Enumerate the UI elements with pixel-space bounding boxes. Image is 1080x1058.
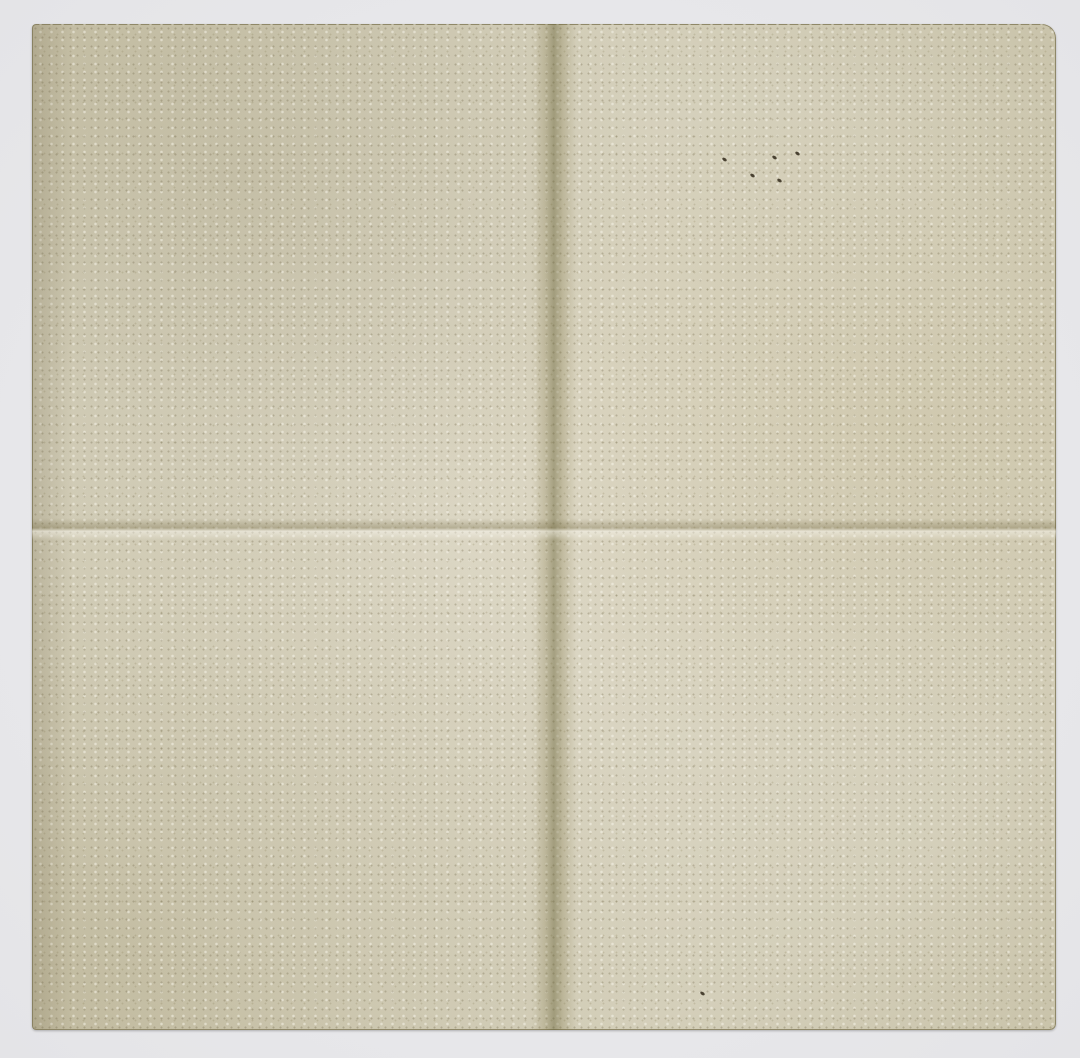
paper-sheet <box>32 24 1056 1030</box>
horizontal-fold-line <box>32 518 1056 540</box>
